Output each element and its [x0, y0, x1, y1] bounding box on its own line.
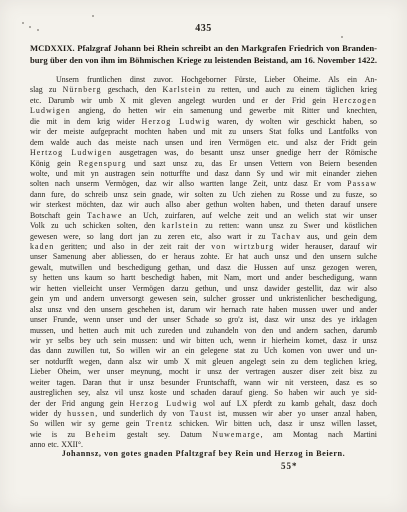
- letterspaced-term: kaden: [30, 242, 54, 251]
- document-heading: MCDXXIX. Pfalzgraf Johann bei Rhein schr…: [30, 43, 377, 66]
- letterspaced-term: Taust: [190, 409, 212, 418]
- ink-speck: [341, 36, 343, 38]
- body-line: ser notdurfft wegen, dann alsz wir umb X…: [30, 357, 377, 367]
- body-line: König gein Regenspurg und sazt unsz zu, …: [30, 159, 377, 169]
- body-line: Botschaft gein Tachawe an Uch, zuirfaren…: [30, 211, 377, 221]
- letterspaced-term: Herczogen: [333, 96, 377, 105]
- body-line: Hertzog Ludwigen ausgetragen was, do bes…: [30, 148, 377, 158]
- body-line: etc. Darumb wir umb X mit gleven angeleg…: [30, 96, 377, 106]
- letterspaced-term: Tachav: [272, 232, 301, 241]
- body-line: wir yr selbs bey uch sein mussen: und wi…: [30, 336, 377, 346]
- body-line: die mit in dem krig wider Herzog Ludwig …: [30, 117, 377, 127]
- scanned-book-page: 435 MCDXXIX. Pfalzgraf Johann bei Rhein …: [0, 0, 407, 512]
- letterspaced-term: von wirtzburg: [211, 242, 274, 251]
- letterspaced-term: Herzog Ludwig: [129, 399, 197, 408]
- body-line: Volk zu uch schicken solten, den karlste…: [30, 221, 377, 231]
- body-line: der der Frid angung gein Herzog Ludwig w…: [30, 399, 377, 409]
- body-line: dann fure, do schreib unsz sein gnade, w…: [30, 190, 377, 200]
- body-line: So willen wir sy gerne gein Trentz schic…: [30, 419, 377, 429]
- body-line: austreglichen sey, alsz vil unsz koste u…: [30, 388, 377, 398]
- sheet-signature-mark: 55*: [281, 461, 298, 471]
- letterspaced-term: Passaw: [347, 179, 377, 188]
- letterspaced-term: Tachawe: [87, 211, 123, 220]
- heading-line: burg über den von ihm im Böhmischen Krie…: [30, 55, 377, 67]
- letterspaced-term: Beheim: [85, 430, 116, 439]
- letterspaced-term: Hertzog Ludwigen: [30, 148, 112, 157]
- page-number: 435: [0, 23, 407, 34]
- letterspaced-term: Regenspurg: [78, 159, 127, 168]
- letter-body: Unsern fruntlichen dinst zuvor. Hochgebo…: [30, 75, 377, 451]
- letterspaced-term: Herzog Ludwig: [142, 117, 211, 126]
- letterspaced-term: hussen: [67, 409, 95, 418]
- signature-line: Johannsz, von gotes gnaden Pfaltzgraf be…: [30, 449, 377, 458]
- letterspaced-term: Nuwemarge: [212, 430, 260, 439]
- body-line: wir hetten vielleicht unser Vermögen dar…: [30, 284, 377, 294]
- body-line: dem walde auch das meiste nach unsen und…: [30, 138, 377, 148]
- body-line: gewalt, mutwillen und beschedigung getha…: [30, 263, 377, 273]
- body-line: wie is zu Beheim gestalt sey. Datum Nuwe…: [30, 430, 377, 440]
- body-line: unser Samenung aber abliessen, do er her…: [30, 252, 377, 262]
- letterspaced-term: Nürnberg: [63, 85, 102, 94]
- body-line: alsz unsz vnd den unsern geschehen ist, …: [30, 305, 377, 315]
- body-line: gewesen were, so lang dort jan zu zeren …: [30, 232, 377, 242]
- ink-speck: [92, 15, 94, 17]
- body-line: Unsern fruntlichen dinst zuvor. Hochgebo…: [30, 75, 377, 85]
- letterspaced-term: Trentz: [146, 419, 173, 428]
- body-line: Ludwigen angieng, do hetten wir ein same…: [30, 106, 377, 116]
- body-line: wir der meiste aufgepracht mochten haben…: [30, 127, 377, 137]
- body-line: unser Frunde, wenn unser und der unser S…: [30, 315, 377, 325]
- body-line: gein ym und andern unversorgt gewesen se…: [30, 294, 377, 304]
- body-line: sy hetten uns kaum so hartt beschedigt h…: [30, 273, 377, 283]
- body-line: wolte, und mit yn austragen sein notturf…: [30, 169, 377, 179]
- body-line: weiter tagen. Daran thut ir unsz besunde…: [30, 378, 377, 388]
- body-line: das dann zuwillen tut, So willen wir an …: [30, 346, 377, 356]
- body-line: slag zu Nürnberg geschach, den Karlstein…: [30, 85, 377, 95]
- letterspaced-term: Ludwigen: [30, 106, 71, 115]
- body-line: wir sterkest möchten, daz wir auch allso…: [30, 200, 377, 210]
- letterspaced-term: Karlstein: [162, 85, 201, 94]
- body-line: Lieber Oheim, wer unser meynung, mocht i…: [30, 367, 377, 377]
- body-line: mussen, und hetten auch mit uch zureden …: [30, 326, 377, 336]
- body-line: kaden geritten; und also in der zeit rai…: [30, 242, 377, 252]
- body-line: wider dy hussen, und sunderlich dy von T…: [30, 409, 377, 419]
- heading-line: MCDXXIX. Pfalzgraf Johann bei Rhein schr…: [30, 43, 377, 55]
- body-line: solten nach unserm Vermögen, daz wir all…: [30, 179, 377, 189]
- letterspaced-term: karlstein: [162, 221, 199, 230]
